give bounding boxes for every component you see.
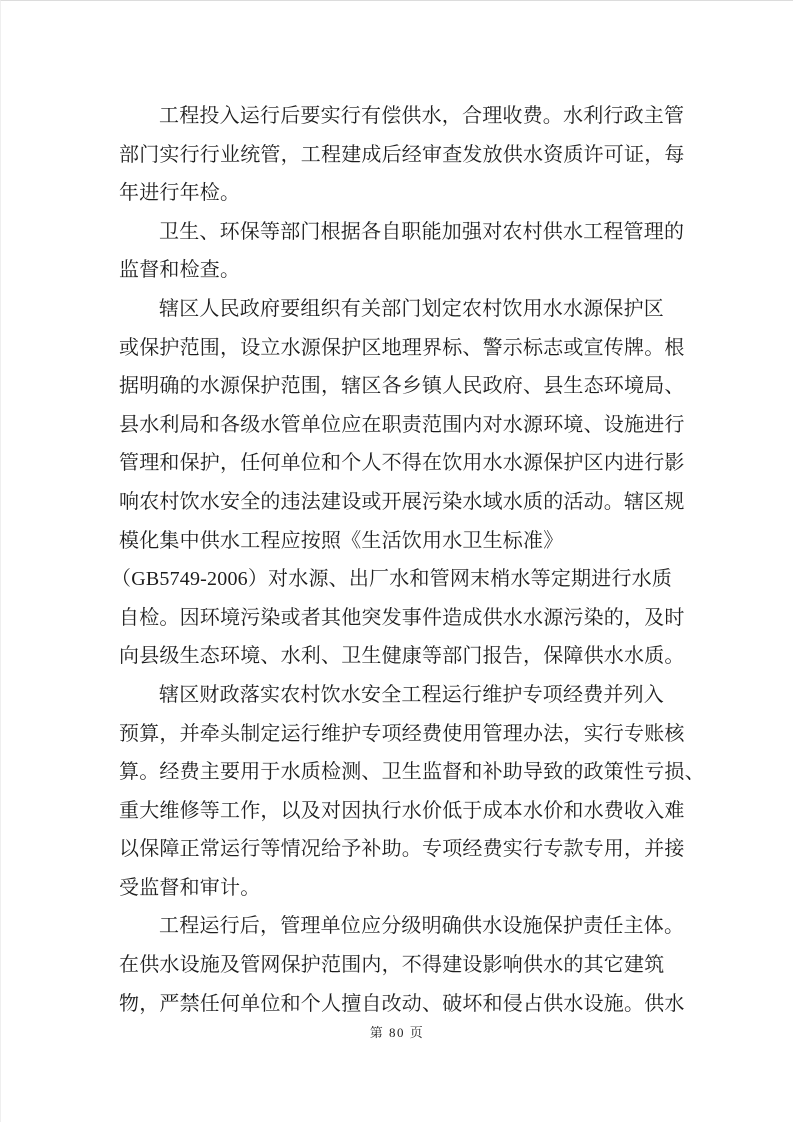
text-line: 辖区人民政府要组织有关部门划定农村饮用水水源保护区: [119, 290, 685, 329]
text-line: 算。经费主要用于水质检测、卫生监督和补助导致的政策性亏损、: [119, 753, 685, 792]
text-line: 管理和保护，任何单位和个人不得在饮用水水源保护区内进行影: [119, 444, 685, 483]
text-line: 模化集中供水工程应按照《生活饮用水卫生标准》: [119, 522, 685, 561]
page-number: 第 80 页: [1, 1023, 793, 1043]
text-line: 或保护范围，设立水源保护区地理界标、警示标志或宣传牌。根: [119, 329, 685, 368]
text-line: 预算，并牵头制定运行维护专项经费使用管理办法，实行专账核: [119, 715, 685, 754]
text-line: 自检。因环境污染或者其他突发事件造成供水水源污染的，及时: [119, 599, 685, 638]
text-line: 辖区财政落实农村饮水安全工程运行维护专项经费并列入: [119, 676, 685, 715]
text-line: 监督和检查。: [119, 251, 685, 290]
text-line: 据明确的水源保护范围，辖区各乡镇人民政府、县生态环境局、: [119, 367, 685, 406]
text-line: 部门实行行业统管，工程建成后经审查发放供水资质许可证，每: [119, 136, 685, 175]
text-line: 卫生、环保等部门根据各自职能加强对农村供水工程管理的: [119, 213, 685, 252]
text-line: 年进行年检。: [119, 174, 685, 213]
text-line: 受监督和审计。: [119, 869, 685, 908]
text-line: 向县级生态环境、水利、卫生健康等部门报告，保障供水水质。: [119, 637, 685, 676]
document-body: 工程投入运行后要实行有偿供水，合理收费。水利行政主管 部门实行行业统管，工程建成…: [119, 97, 685, 1023]
text-line: 以保障正常运行等情况给予补助。专项经费实行专款专用，并接: [119, 830, 685, 869]
text-line: 工程运行后，管理单位应分级明确供水设施保护责任主体。: [119, 907, 685, 946]
text-line: 重大维修等工作，以及对因执行水价低于成本水价和水费收入难: [119, 792, 685, 831]
text-line: （GB5749-2006）对水源、出厂水和管网末梢水等定期进行水质: [111, 560, 685, 599]
text-line: 工程投入运行后要实行有偿供水，合理收费。水利行政主管: [119, 97, 685, 136]
text-line: 响农村饮水安全的违法建设或开展污染水域水质的活动。辖区规: [119, 483, 685, 522]
text-line: 县水利局和各级水管单位应在职责范围内对水源环境、设施进行: [119, 406, 685, 445]
document-page: 工程投入运行后要实行有偿供水，合理收费。水利行政主管 部门实行行业统管，工程建成…: [0, 0, 793, 1122]
text-line: 在供水设施及管网保护范围内，不得建设影响供水的其它建筑: [119, 946, 685, 985]
text-line: 物，严禁任何单位和个人擅自改动、破坏和侵占供水设施。供水: [119, 985, 685, 1024]
